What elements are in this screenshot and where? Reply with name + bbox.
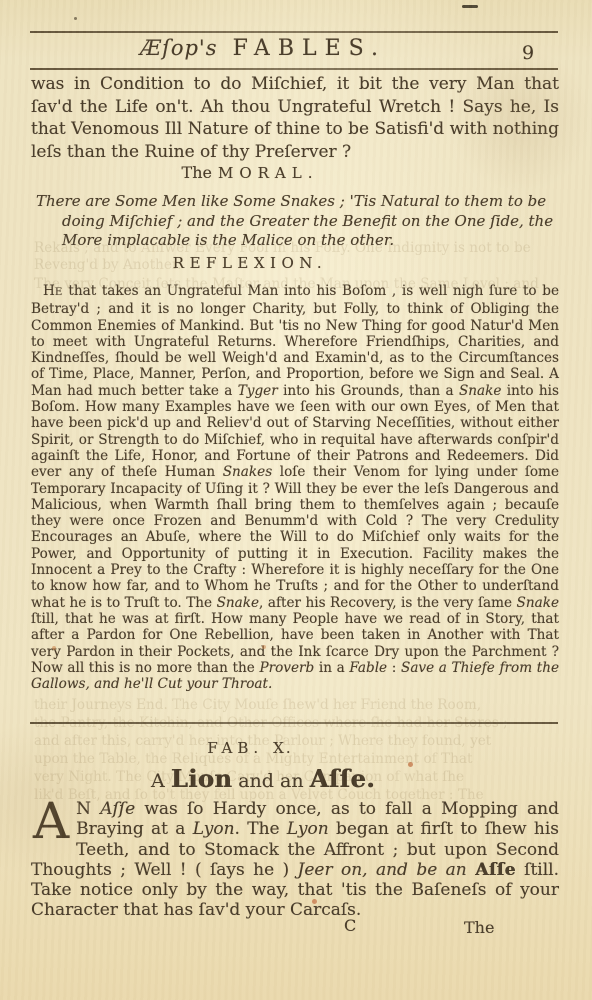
text-segment: and an (232, 770, 309, 792)
book-title-italic: Æſop's (140, 36, 217, 60)
drop-cap: A (31, 799, 76, 841)
text-segment: Tyger (238, 383, 278, 399)
text-segment: Aſſe (475, 860, 516, 880)
opening-paragraph: was in Condition to do Miſchief, it bit … (31, 73, 559, 163)
text-segment: : (387, 660, 401, 676)
text-segment: Aſſe (100, 799, 135, 819)
text-segment: Lion (171, 764, 232, 793)
fable-paragraph-text: N Aſſe was ſo Hardy once, as to fall a M… (31, 799, 559, 920)
ink-speck (74, 17, 77, 20)
text-segment: Jeer on, and be an (298, 860, 476, 880)
text-segment: H (43, 283, 55, 299)
text-segment: E (55, 287, 63, 298)
text-segment: loſe their Venom for lying under ſome Te… (31, 464, 559, 610)
text-segment: Fable (349, 660, 387, 676)
text-segment: that takes an Ungrateful Man into his Bo… (31, 283, 559, 399)
text-segment: N (76, 799, 100, 819)
moral-heading-word: MORAL. (218, 164, 319, 182)
text-segment: Snake (517, 595, 559, 611)
ink-speck (462, 5, 478, 8)
moral-paragraph: There are Some Men like Some Snakes ; 'T… (36, 192, 574, 251)
text-segment: Lyon (287, 819, 329, 839)
text-segment: Snake (459, 383, 501, 399)
fable-title: A Lion and an Aſſe. (0, 764, 526, 793)
text-segment: . The (235, 819, 287, 839)
signature-mark: C (344, 916, 356, 935)
moral-heading: TheMORAL. (0, 163, 500, 182)
reflexion-heading: REFLEXION. (0, 254, 500, 272)
fable-paragraph: AN Aſſe was ſo Hardy once, as to fall a … (31, 799, 559, 921)
moral-heading-the: The (182, 163, 212, 182)
fable-number: X. (273, 739, 292, 757)
text-segment: was in Condition to do Miſchief, it bit … (31, 74, 559, 162)
text-segment: There are Some Men like Some Snakes ; 'T… (36, 192, 553, 249)
text-segment: A (151, 770, 171, 792)
text-segment: Proverb (259, 660, 314, 676)
book-title-caps: FABLES. (233, 36, 386, 61)
text-segment: Aſſe. (310, 764, 375, 793)
header-bottom-rule (30, 68, 558, 70)
header-top-rule (30, 31, 558, 33)
text-segment: , after his Recovery, is the very ſame (259, 595, 517, 611)
fable-number-label: FAB. (207, 739, 263, 757)
show-through-line: their Journeys End. The City Mouſe ſhew'… (34, 697, 558, 713)
fable-number-heading: FAB.X. (0, 739, 500, 757)
text-segment: into his Grounds, than a (278, 383, 459, 399)
text-segment: in a (314, 660, 349, 676)
catchword: The (464, 918, 494, 937)
text-segment: Snakes (223, 464, 272, 480)
section-divider-rule (30, 722, 558, 724)
text-segment: Lyon (193, 819, 235, 839)
running-header: Æſop's FABLES. (0, 36, 526, 61)
reflexion-paragraph: HE that takes an Ungrateful Man into his… (31, 283, 559, 692)
page-number: 9 (522, 42, 534, 64)
text-segment: Snake (217, 595, 259, 611)
book-page-scan: Rekals ; and to Anſwer Every Fool in his… (0, 0, 592, 1000)
